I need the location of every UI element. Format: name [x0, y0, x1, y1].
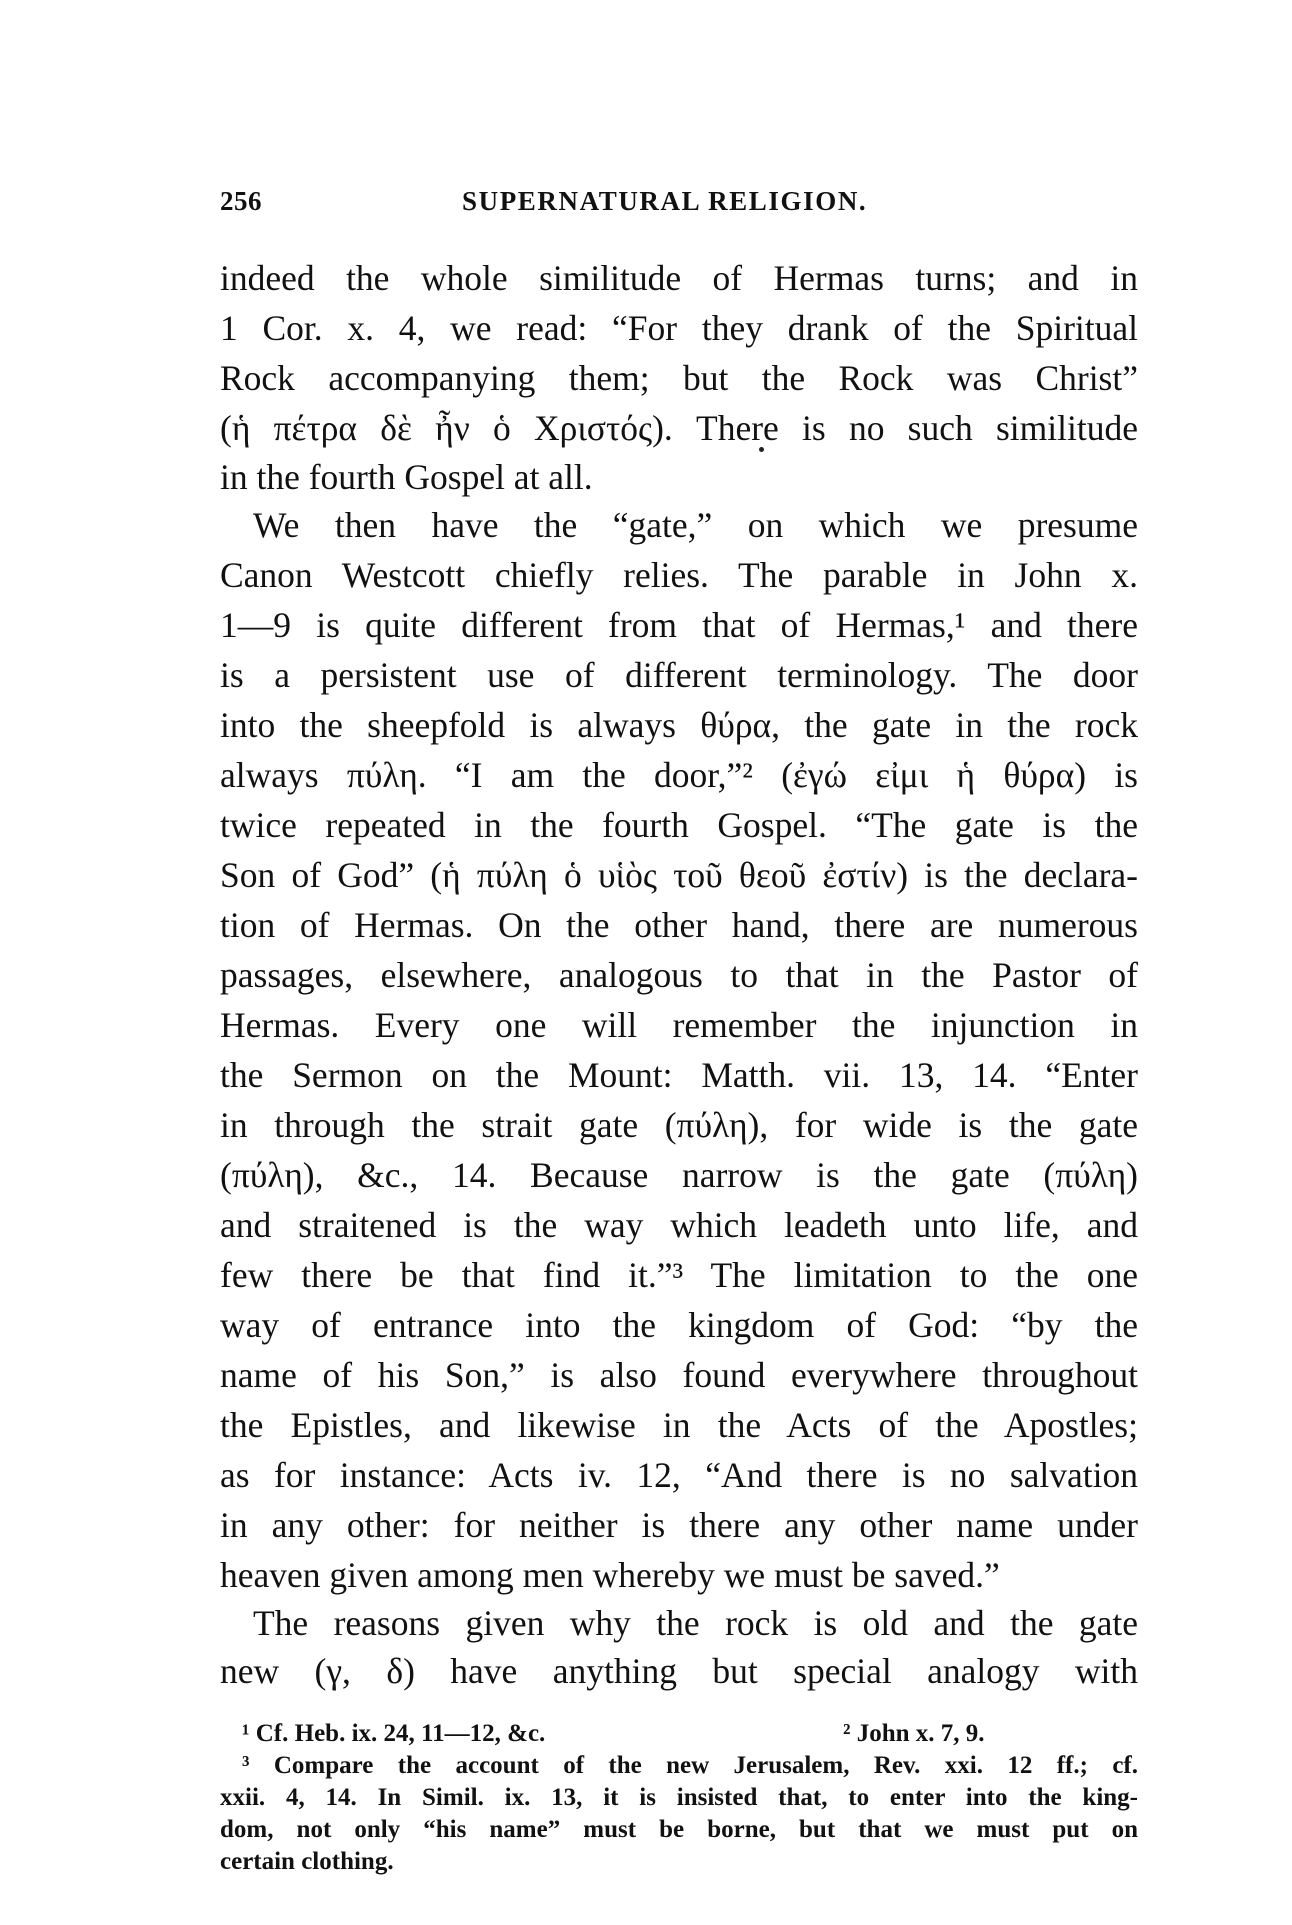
paragraph-start-line: We then have the “gate,” on which we pre… — [253, 500, 1138, 550]
body-line: way of entrance into the kingdom of God:… — [220, 1300, 1138, 1350]
body-line: twice repeated in the fourth Gospel. “Th… — [220, 800, 1138, 850]
body-line: in the fourth Gospel at all. — [220, 452, 1138, 502]
body-line: new (γ, δ) have anything but special ana… — [220, 1646, 1138, 1696]
print-speck — [759, 447, 764, 452]
body-line: the Epistles, and likewise in the Acts o… — [220, 1400, 1138, 1450]
footnote-1: ¹ Cf. Heb. ix. 24, 11—12, &c. — [242, 1718, 545, 1750]
body-line: as for instance: Acts iv. 12, “And there… — [220, 1450, 1138, 1500]
footnote-3-line: ³ Compare the account of the new Jerusal… — [242, 1750, 1138, 1782]
body-line: Son of God” (ἡ πύλη ὁ υἱὸς τοῦ θεοῦ ἐστί… — [220, 850, 1138, 900]
body-line: (πύλη), &c., 14. Because narrow is the g… — [220, 1150, 1138, 1200]
body-line: indeed the whole similitude of Hermas tu… — [220, 253, 1138, 303]
body-line: Hermas. Every one will remember the inju… — [220, 1000, 1138, 1050]
body-line: and straitened is the way which leadeth … — [220, 1200, 1138, 1250]
body-line: tion of Hermas. On the other hand, there… — [220, 900, 1138, 950]
body-line: few there be that find it.”³ The limitat… — [220, 1250, 1138, 1300]
body-line: name of his Son,” is also found everywhe… — [220, 1350, 1138, 1400]
body-line: in through the strait gate (πύλη), for w… — [220, 1100, 1138, 1150]
footnote-3-line: dom, not only “his name” must be borne, … — [220, 1814, 1138, 1846]
paragraph-start-line: The reasons given why the rock is old an… — [253, 1598, 1138, 1648]
body-line: the Sermon on the Mount: Matth. vii. 13,… — [220, 1050, 1138, 1100]
body-line: 1 Cor. x. 4, we read: “For they drank of… — [220, 303, 1138, 353]
body-line: into the sheepfold is always θύρα, the g… — [220, 700, 1138, 750]
footnote-3-line: xxii. 4, 14. In Simil. ix. 13, it is ins… — [220, 1782, 1138, 1814]
running-title: SUPERNATURAL RELIGION. — [462, 186, 867, 217]
footnote-3-line: certain clothing. — [220, 1846, 1138, 1878]
body-line: heaven given among men whereby we must b… — [220, 1550, 1138, 1600]
body-line: is a persistent use of different termino… — [220, 650, 1138, 700]
body-line: (ἡ πέτρα δὲ ἦν ὁ Χριστός). There is no s… — [220, 403, 1138, 453]
page-number: 256 — [220, 186, 262, 217]
book-page: 256 SUPERNATURAL RELIGION. indeed the wh… — [0, 0, 1292, 1925]
body-line: in any other: for neither is there any o… — [220, 1500, 1138, 1550]
running-head: 256 SUPERNATURAL RELIGION. — [220, 186, 1138, 220]
body-line: passages, elsewhere, analogous to that i… — [220, 950, 1138, 1000]
footnote-row-1-2: ¹ Cf. Heb. ix. 24, 11—12, &c. ² John x. … — [220, 1718, 1138, 1750]
body-line: Rock accompanying them; but the Rock was… — [220, 353, 1138, 403]
body-line: Canon Westcott chiefly relies. The parab… — [220, 550, 1138, 600]
body-line: always πύλη. “I am the door,”² (ἐγώ εἰμι… — [220, 750, 1138, 800]
body-line: 1—9 is quite different from that of Herm… — [220, 600, 1138, 650]
footnote-2: ² John x. 7, 9. — [843, 1718, 985, 1750]
